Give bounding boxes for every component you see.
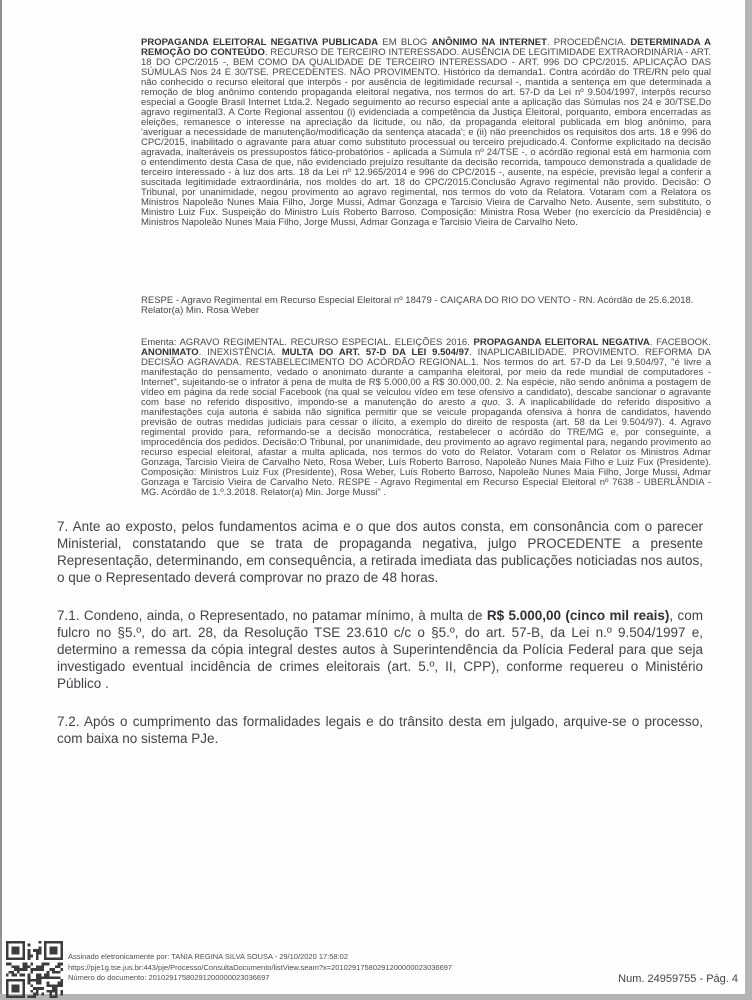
qr-code bbox=[6, 941, 63, 998]
paragraph-7-2-archive: 7.2. Após o cumprimento das formalidades… bbox=[57, 713, 703, 747]
respe-reference: RESPE - Agravo Regimental em Recurso Esp… bbox=[141, 296, 711, 316]
paragraph-7-1-fine: 7.1. Condeno, ainda, o Representado, no … bbox=[57, 607, 703, 692]
verification-url[interactable]: https://pje1g.tse.jus.br:443/pje/Process… bbox=[68, 963, 452, 974]
paragraph-7-ruling: 7. Ante ao exposto, pelos fundamentos ac… bbox=[57, 518, 703, 586]
page-reference: Num. 24959755 - Pág. 4 bbox=[618, 973, 738, 985]
document-content: PROPAGANDA ELEITORAL NEGATIVA PUBLICADA … bbox=[57, 38, 711, 768]
scan-edge-right bbox=[745, 0, 752, 1000]
scan-edge-left bbox=[0, 0, 2, 994]
jurisprudence-citation-block: PROPAGANDA ELEITORAL NEGATIVA PUBLICADA … bbox=[141, 38, 711, 228]
signature-footer: Assinado eletronicamente por: TANIA REGI… bbox=[68, 952, 452, 984]
signature-line: Assinado eletronicamente por: TANIA REGI… bbox=[68, 952, 452, 963]
document-number-line: Número do documento: 2010291758029120000… bbox=[68, 973, 452, 984]
document-page: PROPAGANDA ELEITORAL NEGATIVA PUBLICADA … bbox=[0, 0, 752, 1000]
scan-edge-bottom bbox=[0, 994, 752, 1000]
ementa-citation-block: Ementa: AGRAVO REGIMENTAL. RECURSO ESPEC… bbox=[141, 338, 711, 498]
